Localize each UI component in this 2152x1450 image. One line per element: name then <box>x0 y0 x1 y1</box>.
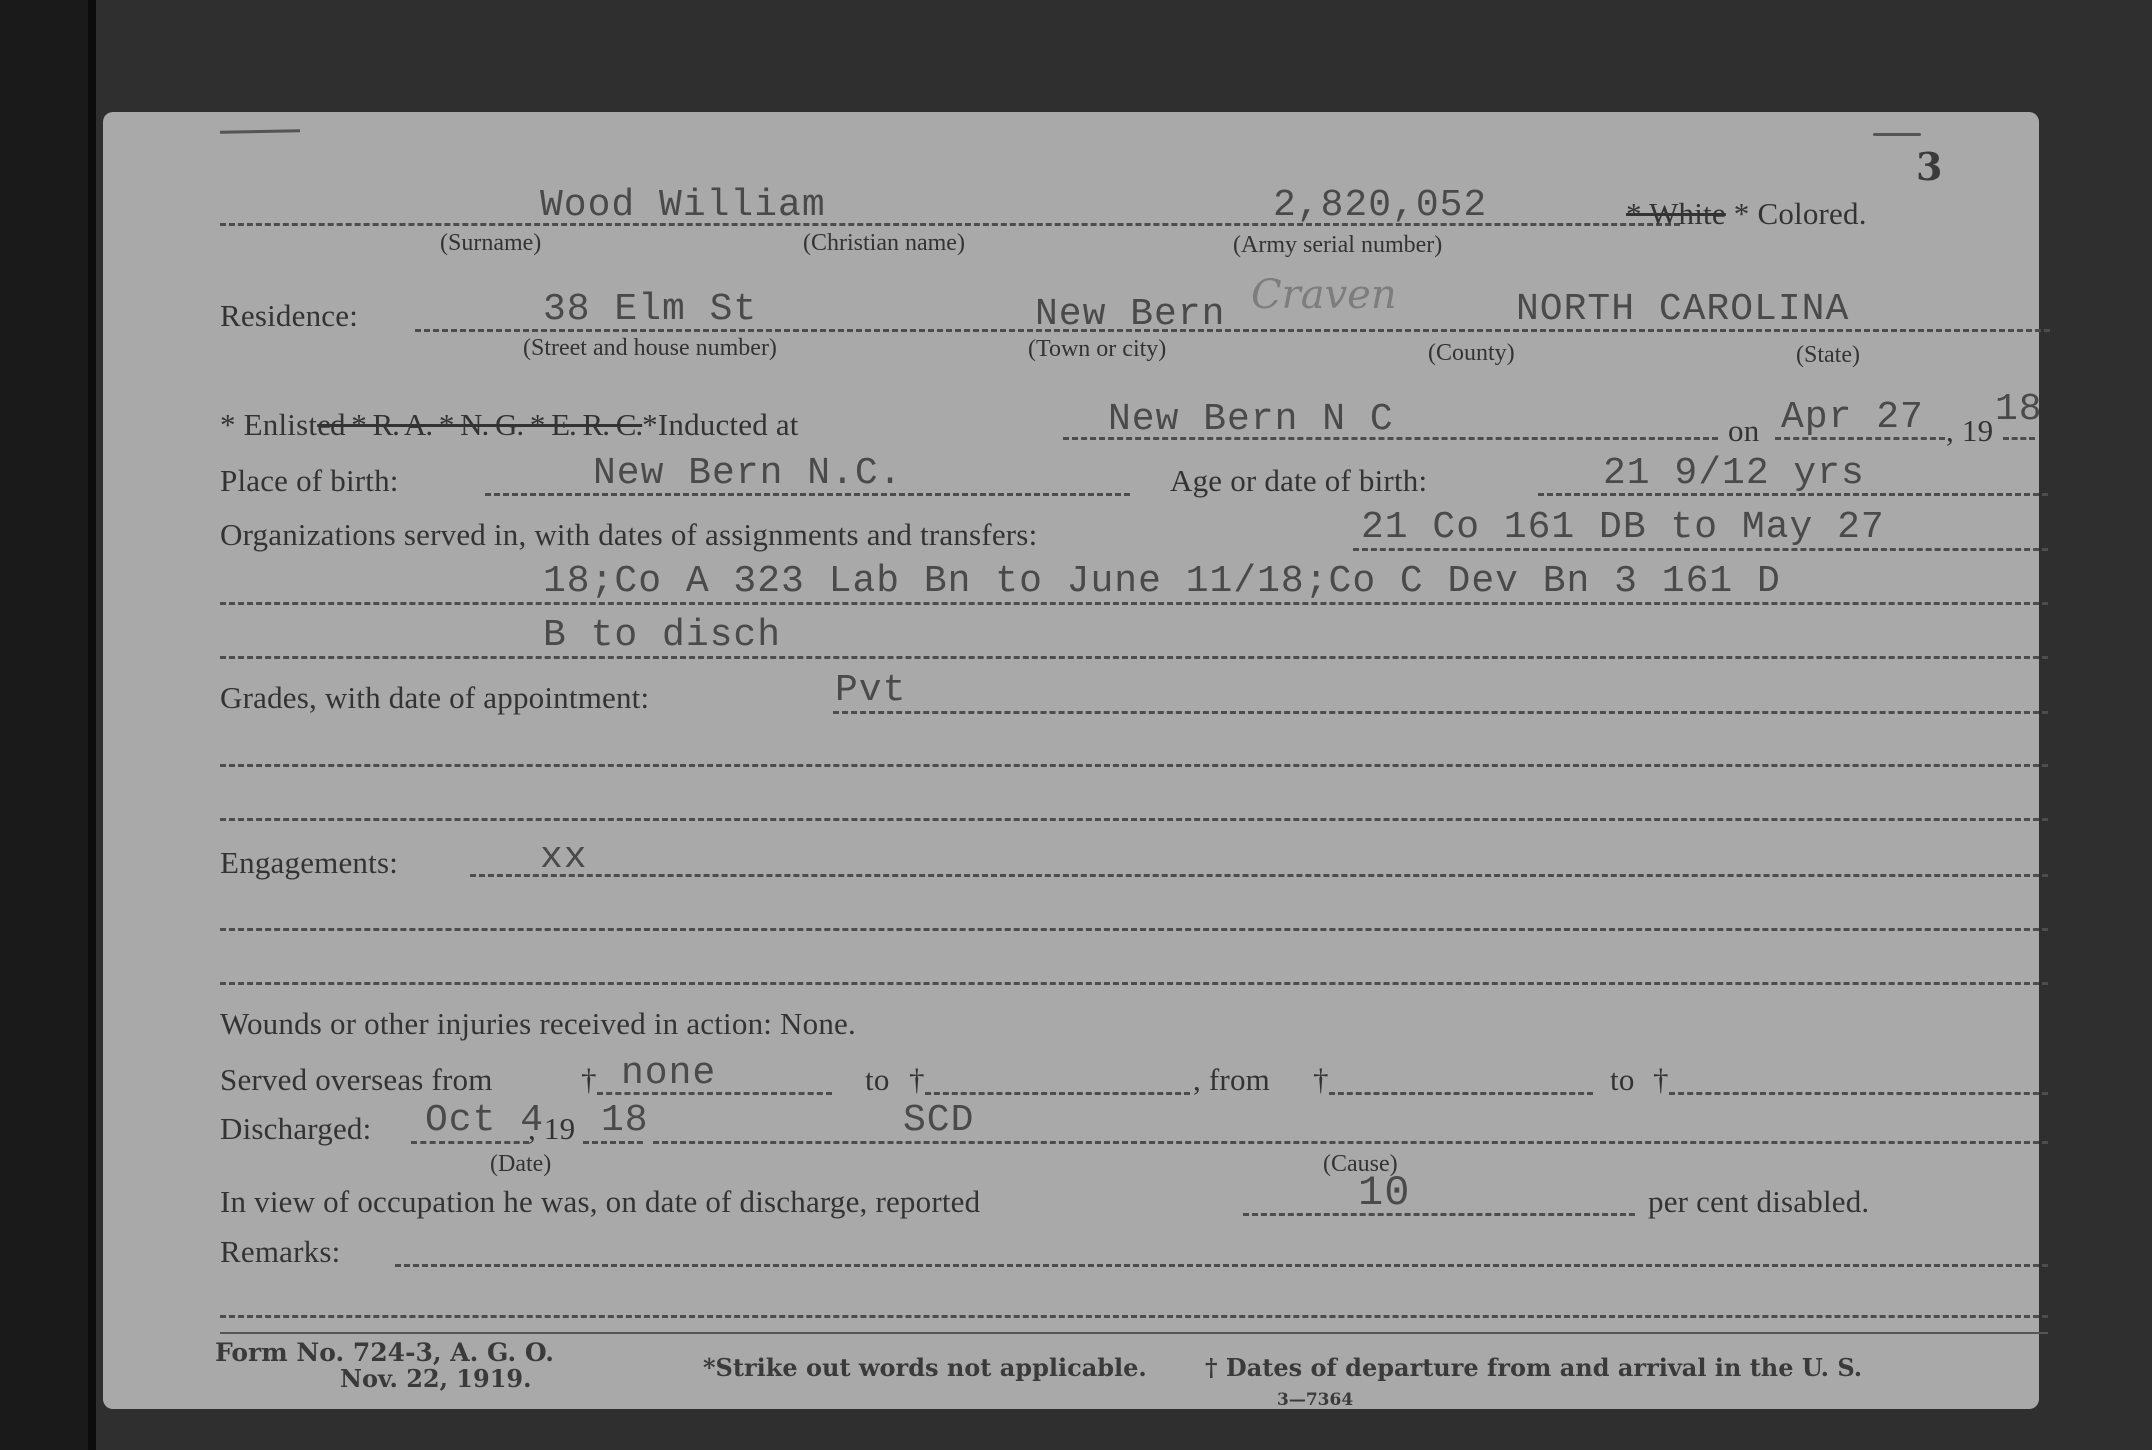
age-value: 21 9/12 yrs <box>1603 452 1865 495</box>
engagements-line-3 <box>220 982 2048 985</box>
disability-line <box>1243 1213 1635 1216</box>
footer-rule <box>220 1332 2048 1334</box>
wounds-label: Wounds or other injuries received in act… <box>220 1006 772 1041</box>
residence-town: New Bern <box>1035 293 1225 336</box>
discharged-label: Discharged: <box>220 1111 371 1147</box>
serial-value: 2,820,052 <box>1273 184 1487 227</box>
enlistment-label-group: * Enlisted * R. A. * N. G. * E. R. C.*In… <box>220 407 799 443</box>
overseas-from-value: none <box>621 1052 716 1095</box>
dates-note: † Dates of departure from and arrival in… <box>1205 1353 1862 1382</box>
remarks-line-1 <box>395 1264 2048 1267</box>
scan-background-edge <box>88 0 96 1450</box>
grades-line-1 <box>833 711 2048 714</box>
serial-caption: (Army serial number) <box>1233 232 1442 259</box>
pencil-mark-top-left <box>220 129 300 133</box>
grades-line-3 <box>220 818 2048 821</box>
inducted-year: 18 <box>1995 388 2043 431</box>
grades-value: Pvt <box>835 669 906 712</box>
age-label: Age or date of birth: <box>1170 463 1427 499</box>
overseas-to-label: to <box>865 1062 890 1098</box>
remarks-label: Remarks: <box>220 1234 340 1270</box>
race-colored: * Colored. <box>1734 196 1867 231</box>
remarks-line-2 <box>220 1315 2048 1318</box>
overseas-to2-line <box>1669 1092 2048 1095</box>
organizations-entry-2: 18;Co A 323 Lab Bn to June 11/18;Co C De… <box>543 560 1781 603</box>
card-number: 3 <box>1916 144 1942 189</box>
street-caption: (Street and house number) <box>523 335 777 362</box>
scan-background-left-strip <box>0 0 92 1450</box>
overseas-to-line <box>925 1092 1190 1095</box>
inducted-date: Apr 27 <box>1781 396 1924 439</box>
overseas-dagger-3: † <box>1313 1062 1329 1098</box>
date-caption: (Date) <box>490 1151 551 1178</box>
engagements-label: Engagements: <box>220 845 398 881</box>
overseas-to2-label: to <box>1610 1062 1635 1098</box>
form-date: Nov. 22, 1919. <box>340 1364 531 1393</box>
inducted-place: New Bern N C <box>1108 398 1394 441</box>
disability-value: 10 <box>1358 1169 1410 1217</box>
state-caption: (State) <box>1796 342 1860 369</box>
residence-street: 38 Elm St <box>543 288 757 331</box>
residence-state: NORTH CAROLINA <box>1516 288 1849 331</box>
pencil-mark-top-right <box>1873 133 1921 136</box>
overseas-dagger-4: † <box>1653 1062 1669 1098</box>
organizations-entry-1: 21 Co 161 DB to May 27 <box>1361 506 1885 549</box>
christian-name-caption: (Christian name) <box>803 230 965 257</box>
overseas-from2-line <box>1329 1092 1593 1095</box>
place-of-birth-label: Place of birth: <box>220 463 399 499</box>
enlistment-struck-options: ed * R. A. * N. G. * E. R. C. <box>317 407 642 442</box>
town-caption: (Town or city) <box>1028 336 1166 363</box>
engagements-line-2 <box>220 928 2048 931</box>
grades-label: Grades, with date of appointment: <box>220 680 649 716</box>
overseas-dagger-1: † <box>581 1062 597 1098</box>
inducted-year-line <box>2003 437 2035 440</box>
overseas-label: Served overseas from <box>220 1062 493 1098</box>
print-code: 3—7364 <box>1277 1390 1353 1410</box>
surname-caption: (Surname) <box>440 230 541 257</box>
discharge-cause: SCD <box>903 1099 974 1142</box>
inducted-label: *Inducted at <box>642 407 798 442</box>
enlisted-prefix: * Enlist <box>220 407 317 442</box>
service-record-card: 3 Wood William (Surname) (Christian name… <box>103 112 2039 1409</box>
residence-label: Residence: <box>220 298 358 334</box>
form-number: Form No. 724-3, A. G. O. <box>215 1338 554 1367</box>
discharge-year: 18 <box>601 1099 649 1142</box>
engagements-value: xx <box>540 836 588 879</box>
organizations-label: Organizations served in, with dates of a… <box>220 517 1037 553</box>
name-value: Wood William <box>540 184 826 227</box>
place-of-birth-value: New Bern N.C. <box>593 452 902 495</box>
strike-out-note: *Strike out words not applicable. <box>703 1353 1147 1382</box>
race-white-struck: * White <box>1626 196 1726 231</box>
on-label: on <box>1728 413 1759 449</box>
wounds-row: Wounds or other injuries received in act… <box>220 1006 856 1042</box>
engagements-line-1 <box>470 874 2048 877</box>
residence-county-handwritten: Craven <box>1251 272 1397 318</box>
disability-label: In view of occupation he was, on date of… <box>220 1184 980 1220</box>
organizations-line-3 <box>220 656 2048 659</box>
race-options: * White * Colored. <box>1626 196 1867 232</box>
grades-line-2 <box>220 764 2048 767</box>
organizations-entry-3: B to disch <box>543 614 781 657</box>
discharge-year-prefix: , 19 <box>528 1111 575 1147</box>
county-caption: (County) <box>1428 340 1515 367</box>
overseas-dagger-2: † <box>909 1062 925 1098</box>
discharge-cause-line <box>653 1141 2048 1144</box>
inducted-year-prefix: , 19 <box>1946 413 1993 449</box>
wounds-value: None. <box>780 1006 856 1041</box>
disability-suffix: per cent disabled. <box>1648 1184 1869 1220</box>
overseas-from2-label: , from <box>1193 1062 1270 1098</box>
discharge-date: Oct 4 <box>425 1099 544 1142</box>
